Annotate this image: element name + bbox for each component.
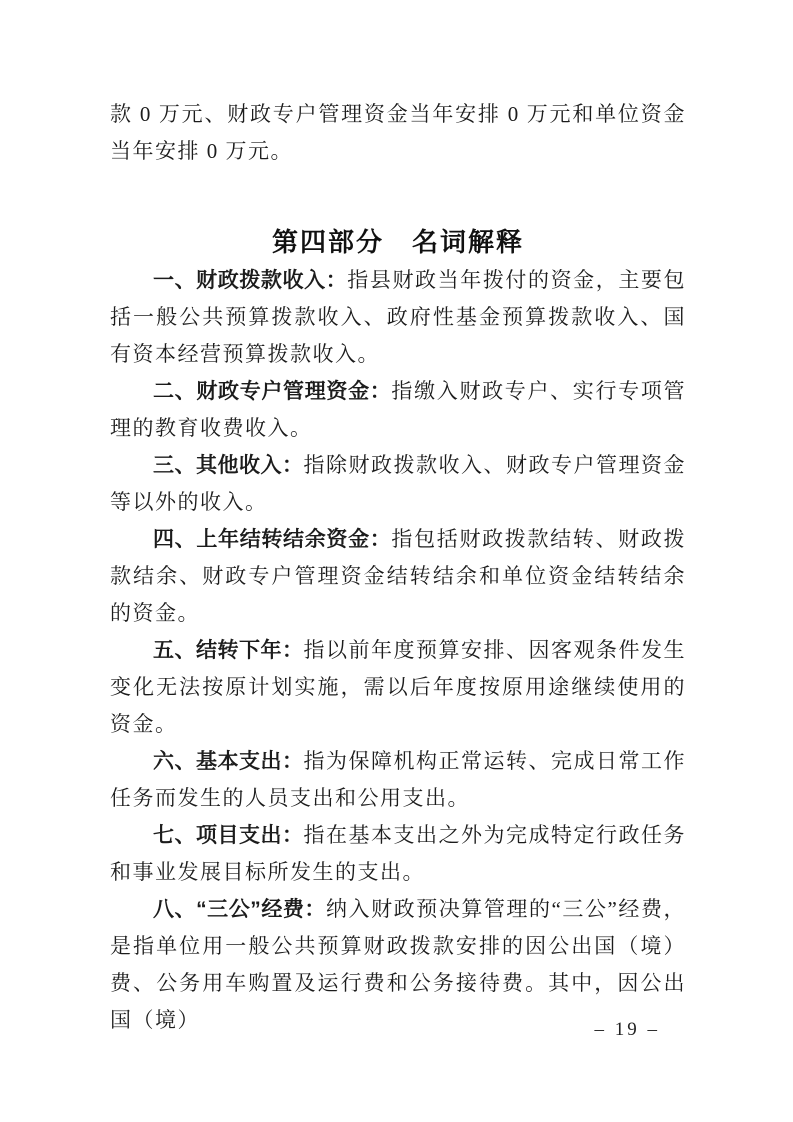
glossary-item: 二、财政专户管理资金：指缴入财政专户、实行专项管理的教育收费收入。 (110, 373, 686, 447)
glossary-item: 六、基本支出：指为保障机构正常运转、完成日常工作任务而发生的人员支出和公用支出。 (110, 743, 686, 817)
glossary-term: 六、基本支出： (153, 750, 304, 773)
glossary-term: 四、上年结转结余资金： (153, 528, 391, 551)
page-number: – 19 – (595, 1018, 661, 1042)
glossary-item: 七、项目支出：指在基本支出之外为完成特定行政任务和事业发展目标所发生的支出。 (110, 817, 686, 891)
glossary-item: 三、其他收入：指除财政拨款收入、财政专户管理资金等以外的收入。 (110, 447, 686, 521)
glossary-item: 八、“三公”经费：纳入财政预决算管理的“三公”经费，是指单位用一般公共预算财政拨… (110, 891, 686, 1039)
glossary-term: 二、财政专户管理资金： (153, 380, 391, 403)
glossary-term: 一、财政拨款收入： (153, 269, 347, 292)
glossary-item: 四、上年结转结余资金：指包括财政拨款结转、财政拨款结余、财政专户管理资金结转结余… (110, 521, 686, 632)
section-heading: 第四部分 名词解释 (110, 222, 686, 262)
glossary-term: 八、“三公”经费： (153, 898, 326, 921)
page-content: 款 0 万元、财政专户管理资金当年安排 0 万元和单位资金当年安排 0 万元。 … (110, 96, 686, 1039)
glossary-item: 五、结转下年：指以前年度预算安排、因客观条件发生变化无法按原计划实施，需以后年度… (110, 632, 686, 743)
glossary-term: 七、项目支出： (153, 824, 304, 847)
document-page: 款 0 万元、财政专户管理资金当年安排 0 万元和单位资金当年安排 0 万元。 … (0, 0, 793, 1122)
glossary-term: 三、其他收入： (153, 454, 304, 477)
glossary-term: 五、结转下年： (153, 639, 304, 662)
glossary-item: 一、财政拨款收入：指县财政当年拨付的资金，主要包括一般公共预算拨款收入、政府性基… (110, 262, 686, 373)
continuation-paragraph: 款 0 万元、财政专户管理资金当年安排 0 万元和单位资金当年安排 0 万元。 (110, 96, 686, 170)
